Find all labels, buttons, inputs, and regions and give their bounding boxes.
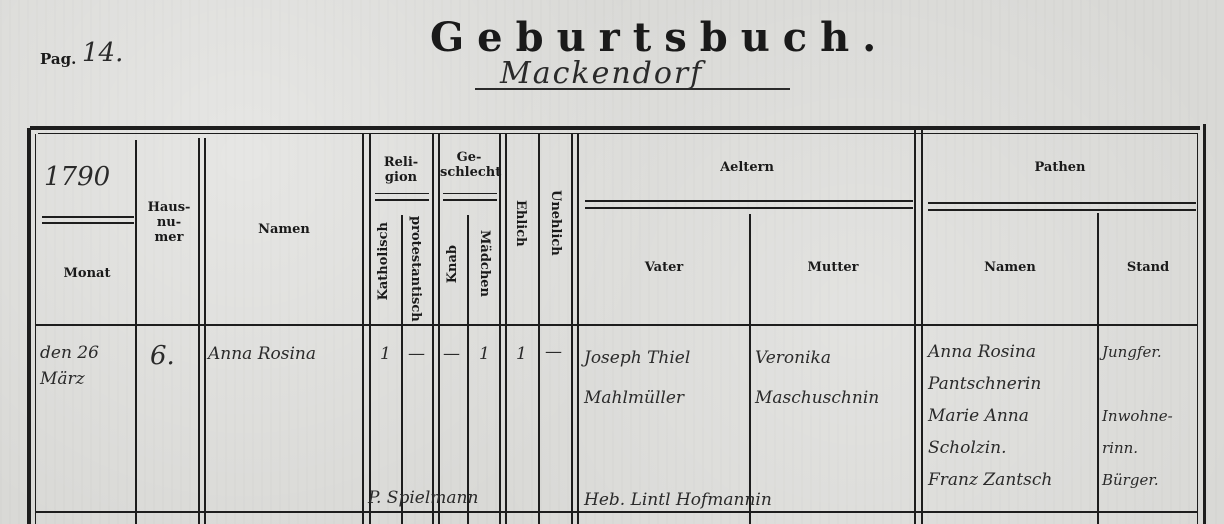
frame-top-inner	[38, 133, 1198, 134]
cell-knab: —	[443, 338, 460, 370]
col-divider-ges-2	[505, 134, 507, 524]
register-title: Geburtsbuch.	[430, 14, 889, 61]
header-pathen-namen: Namen	[923, 260, 1097, 275]
note-priest: P. Spielmann	[368, 482, 478, 514]
cell-stand: Jungfer. Inwohne- rinn. Bürger.	[1102, 336, 1173, 496]
cell-monat-month: März	[40, 366, 99, 392]
pathen-sep	[928, 202, 1196, 204]
godparent-2-stand-cont: rinn.	[1102, 432, 1173, 464]
header-monat: Monat	[40, 266, 134, 281]
year-separator	[42, 216, 134, 218]
header-mutter: Mutter	[752, 260, 914, 275]
cell-ehlich: 1	[516, 338, 527, 370]
col-divider-haus-2	[204, 138, 206, 524]
col-divider-rel	[432, 134, 434, 524]
header-religion-1: Reli-	[371, 155, 431, 170]
header-knab: Knab	[445, 245, 460, 283]
col-divider-unehlich-2	[577, 134, 579, 524]
frame-right	[1203, 124, 1206, 524]
godparent-1-surname: Pantschnerin	[928, 368, 1052, 400]
page-label: Pag.	[40, 50, 76, 68]
header-bottom-line	[36, 324, 1198, 326]
header-ehlich: Ehlich	[513, 200, 528, 247]
cell-vater-occupation: Mahlmüller	[584, 378, 690, 418]
cell-hausnummer: 6.	[150, 340, 175, 372]
godparent-1-stand: Jungfer.	[1102, 336, 1173, 368]
col-divider-rel-2	[438, 134, 440, 524]
frame-top	[30, 126, 1200, 130]
cell-monat: den 26 März	[40, 340, 99, 392]
header-stand: Stand	[1099, 260, 1197, 275]
godparent-2-stand: Inwohne-	[1102, 400, 1173, 432]
geschlecht-sep-2	[443, 199, 497, 201]
header-vater: Vater	[580, 260, 748, 275]
header-pathen: Pathen	[923, 160, 1197, 175]
year-separator-2	[42, 222, 134, 224]
cell-katholisch: 1	[380, 338, 391, 370]
col-divider-unehlich	[571, 134, 573, 524]
page-number: 14.	[82, 38, 123, 68]
cell-mutter: Veronika Maschuschnin	[755, 338, 879, 418]
col-divider-vater	[749, 214, 751, 524]
godparent-3-name: Franz Zantsch	[928, 464, 1052, 496]
header-namen: Namen	[206, 222, 362, 237]
cell-vater: Joseph Thiel Mahlmüller	[584, 338, 690, 418]
cell-vater-name: Joseph Thiel	[584, 338, 690, 378]
frame-right-inner	[1197, 134, 1198, 524]
header-aeltern: Aeltern	[580, 160, 914, 175]
geschlecht-sep	[443, 193, 497, 194]
cell-mutter-surname: Maschuschnin	[755, 378, 879, 418]
col-divider-ges	[499, 134, 501, 524]
col-divider-namen	[362, 134, 364, 524]
header-maedchen: Mädchen	[477, 230, 492, 297]
cell-maedchen: 1	[479, 338, 490, 370]
col-divider-aeltern-2	[921, 128, 923, 524]
godparent-2-surname: Scholzin.	[928, 432, 1052, 464]
header-hausnummer-3: mer	[140, 230, 198, 245]
godparent-stand-blank	[1102, 368, 1173, 400]
cell-mutter-firstname: Veronika	[755, 338, 879, 378]
header-katholisch: Katholisch	[376, 222, 391, 300]
header-hausnummer-1: Haus-	[140, 200, 198, 215]
pathen-sep-2	[928, 209, 1196, 211]
year: 1790	[44, 162, 110, 192]
col-divider-ehlich	[538, 134, 540, 524]
header-unehlich: Unehlich	[548, 190, 563, 256]
cell-monat-day: den 26	[40, 340, 99, 366]
place-name: Mackendorf	[500, 56, 703, 91]
cell-pathen-namen: Anna Rosina Pantschnerin Marie Anna Scho…	[928, 336, 1052, 496]
header-geschlecht: Ge- schlecht	[440, 150, 498, 180]
religion-sep-2	[375, 199, 429, 201]
godparent-2-name: Marie Anna	[928, 400, 1052, 432]
header-protestantisch: protestantisch	[408, 216, 423, 322]
col-divider-aeltern	[914, 128, 916, 524]
cell-protestantisch: —	[408, 338, 425, 370]
religion-sep	[375, 193, 429, 194]
frame-left-inner	[35, 134, 36, 524]
header-hausnummer: Haus- nu- mer	[140, 200, 198, 245]
frame-left	[27, 128, 31, 524]
godparent-3-stand: Bürger.	[1102, 464, 1173, 496]
col-divider-monat	[135, 140, 137, 524]
col-divider-kath	[401, 215, 403, 524]
header-hausnummer-2: nu-	[140, 215, 198, 230]
place-underline	[475, 88, 790, 90]
col-divider-haus	[198, 138, 200, 524]
note-midwife: Heb. Lintl Hofmannin	[584, 484, 772, 516]
cell-unehlich: —	[545, 336, 562, 368]
col-divider-knab	[467, 215, 469, 524]
col-divider-namen-2	[369, 134, 371, 524]
godparent-1-name: Anna Rosina	[928, 336, 1052, 368]
header-geschlecht-2: schlecht	[440, 165, 498, 180]
cell-namen: Anna Rosina	[208, 338, 316, 370]
aeltern-sep-2	[585, 207, 913, 209]
header-geschlecht-1: Ge-	[440, 150, 498, 165]
header-religion-2: gion	[371, 170, 431, 185]
aeltern-sep	[585, 200, 913, 202]
header-religion: Reli- gion	[371, 155, 431, 185]
